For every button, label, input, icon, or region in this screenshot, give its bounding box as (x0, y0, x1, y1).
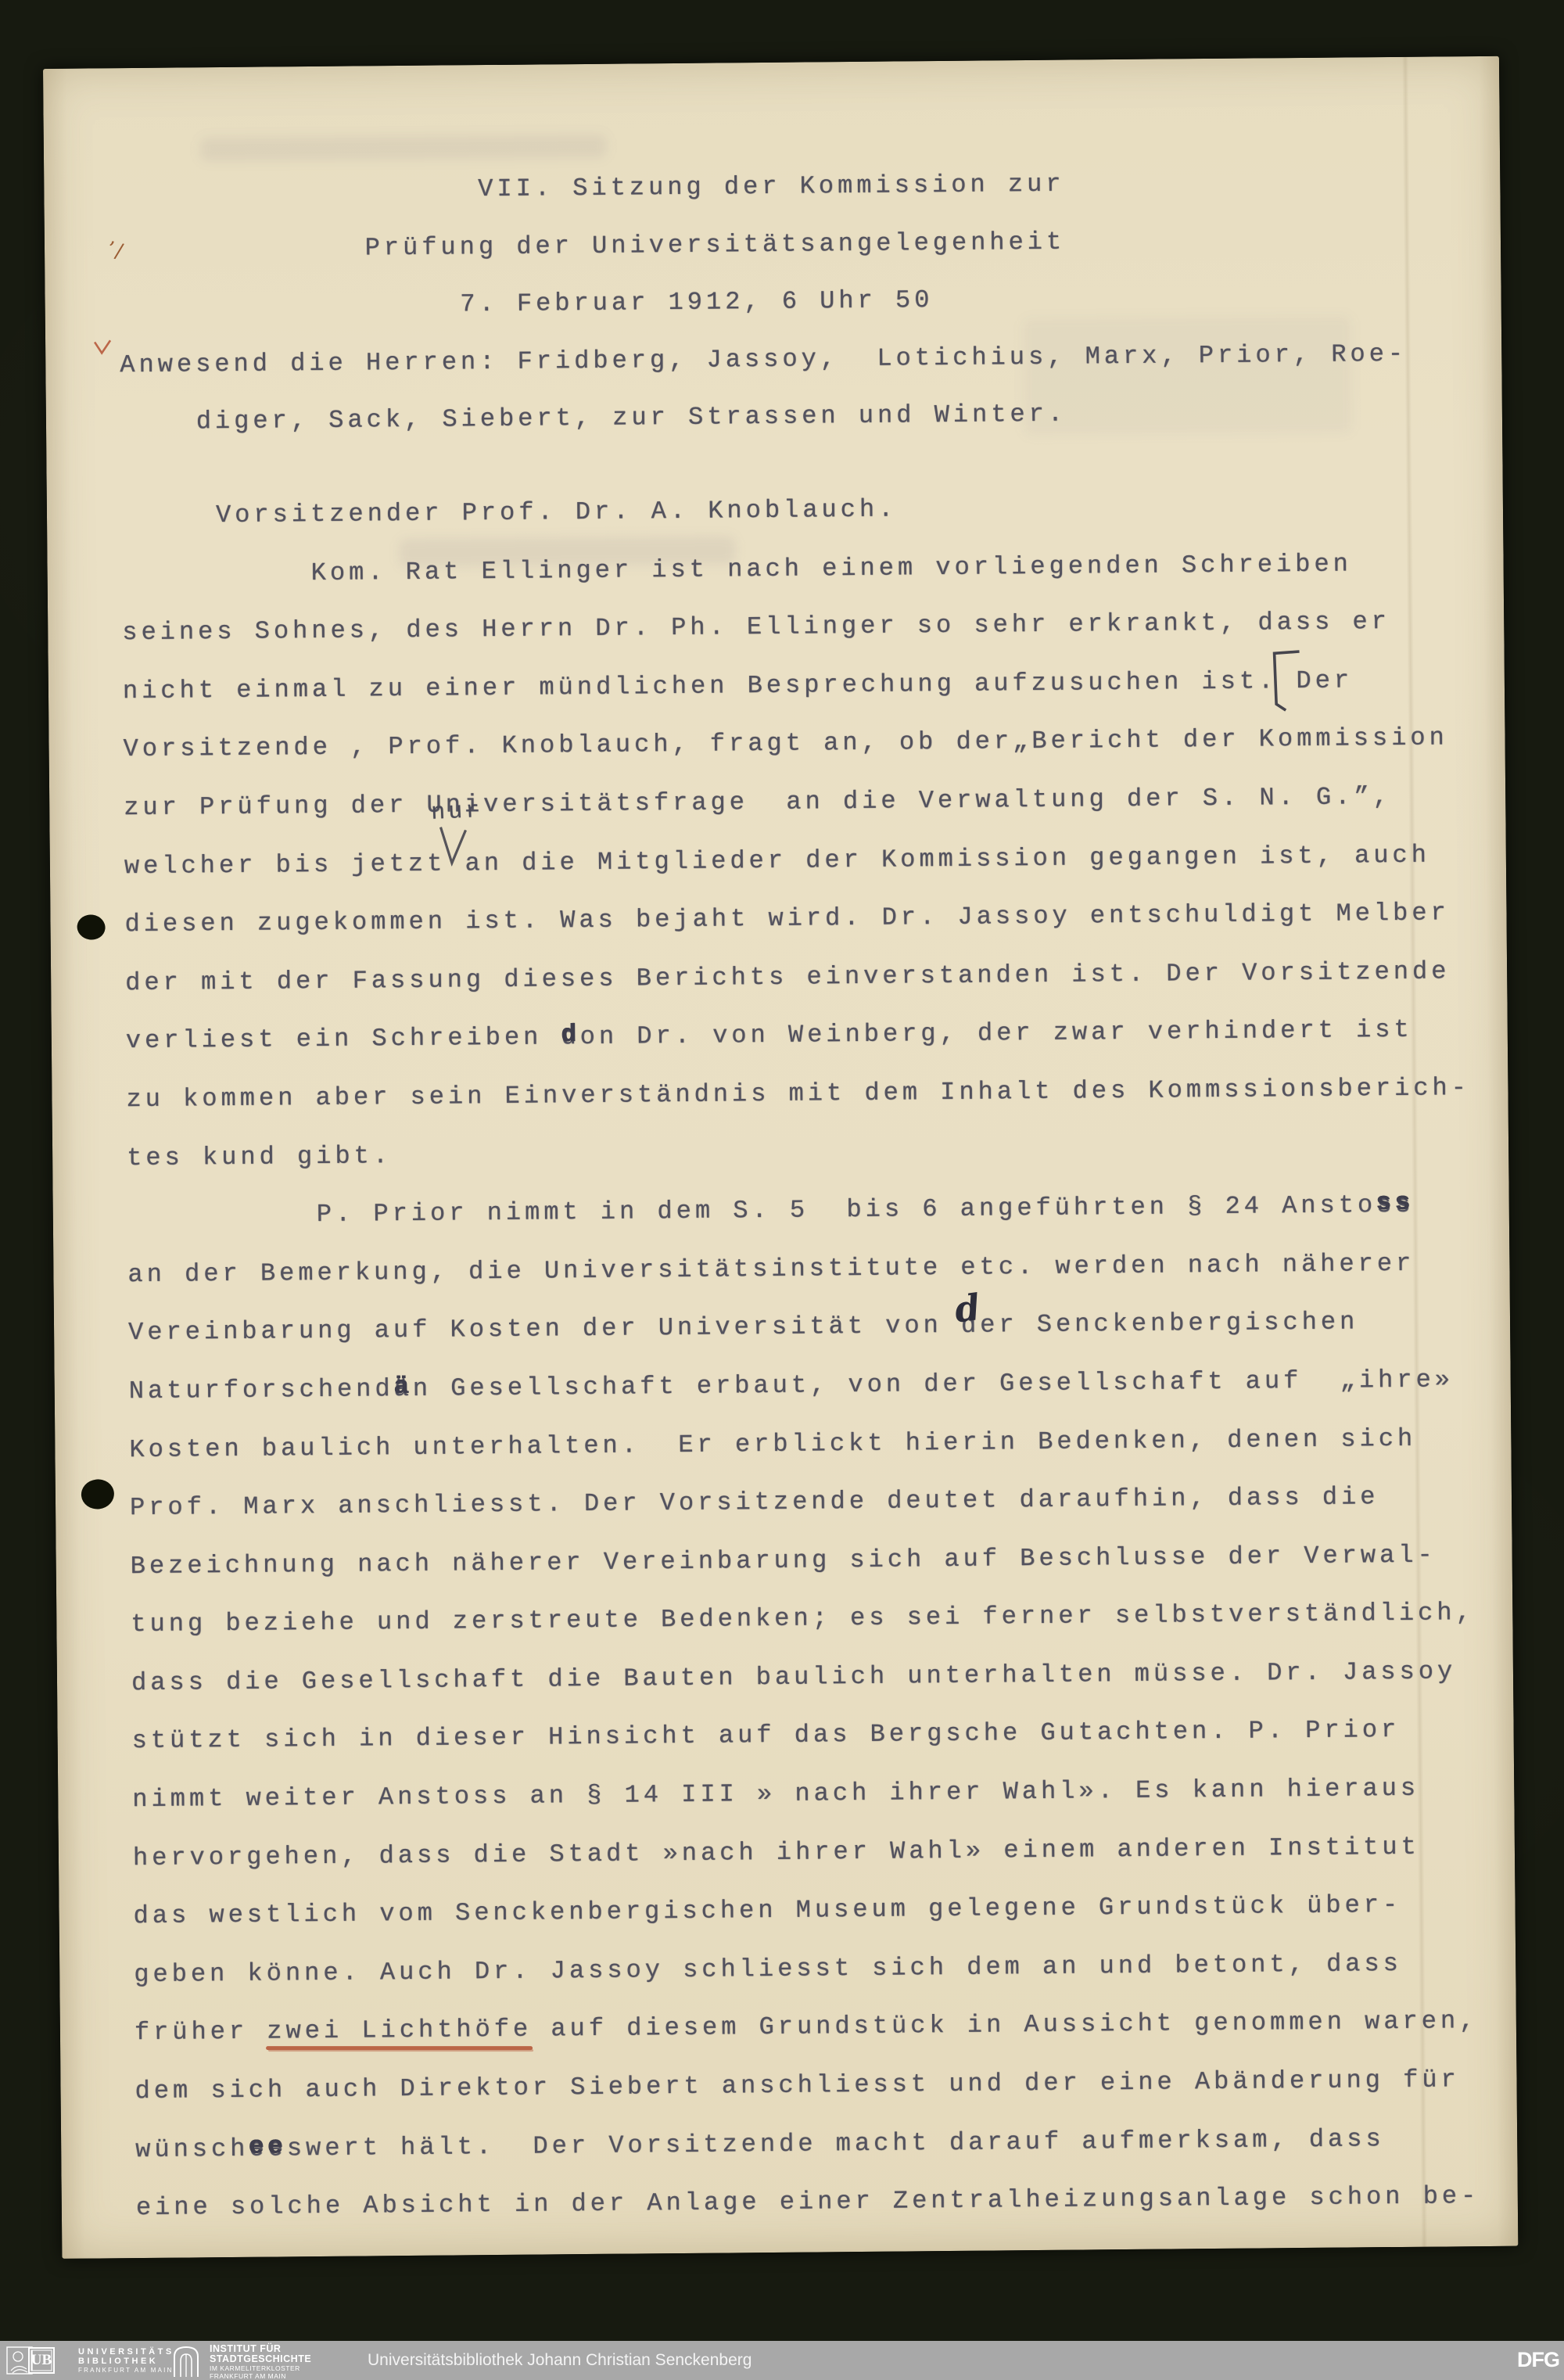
ifs-text-line3: IM KARMELITERKLOSTER (210, 2364, 311, 2372)
overstrike-ae: ä (394, 1372, 414, 1401)
handwritten-correction-d: d (952, 1286, 982, 1331)
punch-hole (80, 1477, 116, 1511)
typed-line: diger, Sack, Siebert, zur Strassen und W… (120, 382, 1498, 452)
ink-bleed-smudge (200, 135, 607, 162)
overstrike-ee: ee (249, 2131, 287, 2160)
overstrike-ss: ss (1376, 1188, 1415, 1217)
red-underline-mark (266, 2046, 533, 2050)
handwritten-bracket-icon (1267, 646, 1304, 715)
ub-text-line1: UNIVERSITÄTS (78, 2347, 174, 2357)
typed-line: eine solche Absicht in der Anlage einer … (136, 2168, 1513, 2238)
footer-library-name: Universitätsbibliothek Johann Christian … (368, 2351, 752, 2370)
ub-text-line3: FRANKFURT AM MAIN (78, 2366, 174, 2375)
stadtgeschichte-logo-text: INSTITUT FÜR STADTGESCHICHTE IM KARMELIT… (210, 2344, 311, 2380)
red-margin-tick-icon (92, 337, 113, 357)
ub-logo-text: UNIVERSITÄTS BIBLIOTHEK FRANKFURT AM MAI… (78, 2347, 174, 2375)
typed-insertion-nur: nur (431, 798, 483, 827)
ub-library-logo: UB (6, 2346, 55, 2375)
ub-monogram: UB (28, 2347, 55, 2374)
document-body: Vorsitzender Prof. Dr. A. Knoblauch. Kom… (121, 476, 1512, 2238)
ifs-text-line4: FRANKFURT AM MAIN (210, 2372, 311, 2380)
scanned-paper-sheet: VII. Sitzung der Kommission zur Prüfung … (43, 56, 1518, 2259)
ifs-text-line2: STADTGESCHICHTE (210, 2354, 311, 2364)
ub-text-line2: BIBLIOTHEK (78, 2357, 174, 2366)
stadtgeschichte-arch-icon (170, 2344, 202, 2377)
overstrike-d: d (561, 1020, 581, 1049)
dfg-logo: DFG (1517, 2348, 1559, 2372)
scanned-archive-page: { "colors": { "background": "#171a10", "… (0, 0, 1564, 2380)
document-heading: VII. Sitzung der Kommission zur Prüfung … (118, 153, 1497, 452)
punch-hole (76, 913, 107, 941)
footer-bar: UB UNIVERSITÄTS BIBLIOTHEK FRANKFURT AM … (0, 2341, 1564, 2380)
handwritten-caret-icon (437, 825, 472, 866)
